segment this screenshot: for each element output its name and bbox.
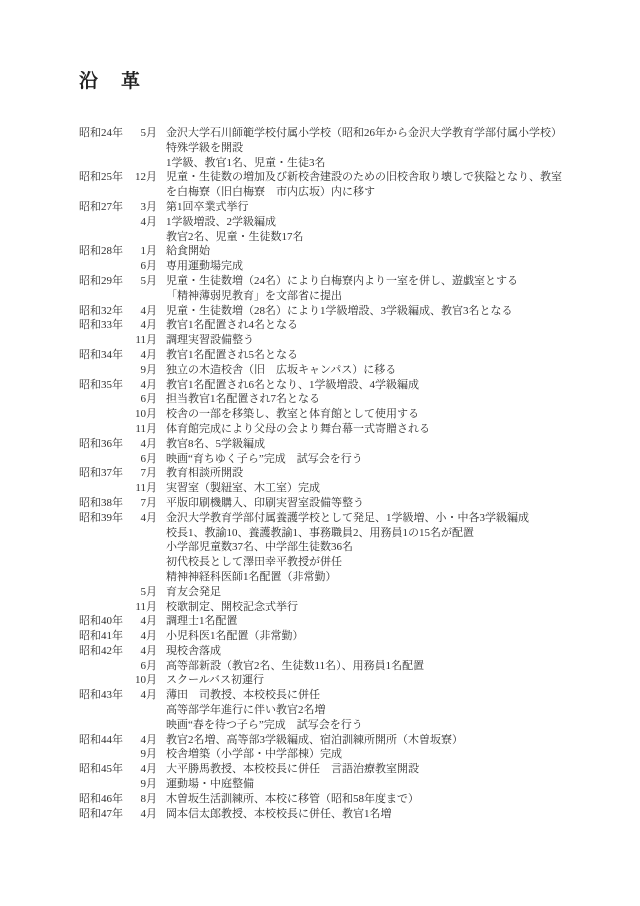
- entry-line: 運動場・中庭整備: [166, 777, 604, 792]
- history-entry: 昭和35年 4月 教官1名配置され6名となり、1学級増設、4学級編成: [79, 378, 604, 393]
- history-entry: 4月 1学級増設、2学級編成教官2名、児童・生徒数17名: [79, 215, 604, 245]
- entry-month: 10月: [129, 407, 157, 422]
- entry-lines: 岡本信太郎教授、本校校長に併任、教官1名増: [157, 807, 604, 822]
- history-entry: 昭和38年 7月 平版印刷機購入、印刷実習室設備等整う: [79, 496, 604, 511]
- entry-line: 特殊学級を開設: [166, 141, 604, 156]
- entry-line: 児童・生徒数の増加及び新校舎建設のための旧校舎取り壊しで狭隘となり、教室: [166, 170, 604, 185]
- entry-line: 岡本信太郎教授、本校校長に併任、教官1名増: [166, 807, 604, 822]
- entry-month: 11月: [129, 600, 157, 615]
- history-entry: 昭和44年 4月 教官2名増、高等部3学級編成、宿泊訓練所開所（木曽坂寮）: [79, 733, 604, 748]
- entry-lines: 木曽坂生活訓練所、本校に移管（昭和58年度まで）: [157, 792, 604, 807]
- entry-lines: 給食開始: [157, 244, 604, 259]
- history-entry: 昭和45年 4月 大平勝馬教授、本校校長に併任 言語治療教室開設: [79, 762, 604, 777]
- entry-month: 10月: [129, 673, 157, 688]
- history-list: 昭和24年 5月 金沢大学石川師範学校付属小学校（昭和26年から金沢大学教育学部…: [79, 126, 604, 821]
- history-entry: 11月 体育館完成により父母の会より舞台幕一式寄贈される: [79, 422, 604, 437]
- entry-lines: 映画“育ちゆく子ら”完成 試写会を行う: [157, 452, 604, 467]
- history-entry: 11月 調理実習設備整う: [79, 333, 604, 348]
- history-entry: 昭和28年 1月 給食開始: [79, 244, 604, 259]
- entry-month: 7月: [129, 496, 157, 511]
- entry-line: 高等部新設（教官2名、生徒数11名）、用務員1名配置: [166, 659, 604, 674]
- entry-lines: 調理士1名配置: [157, 614, 604, 629]
- entry-month: 5月: [129, 126, 157, 141]
- entry-line: 独立の木造校舎（旧 広坂キャンパス）に移る: [166, 363, 604, 378]
- entry-lines: 第1回卒業式挙行: [157, 200, 604, 215]
- history-entry: 昭和36年 4月 教官8名、5学級編成: [79, 437, 604, 452]
- entry-lines: 教官1名配置され6名となり、1学級増設、4学級編成: [157, 378, 604, 393]
- entry-year: 昭和27年: [79, 200, 129, 215]
- entry-year: 昭和44年: [79, 733, 129, 748]
- entry-line: 大平勝馬教授、本校校長に併任 言語治療教室開設: [166, 762, 604, 777]
- entry-year: 昭和38年: [79, 496, 129, 511]
- entry-lines: 独立の木造校舎（旧 広坂キャンパス）に移る: [157, 363, 604, 378]
- entry-month: 4月: [129, 378, 157, 393]
- entry-line: 校歌制定、開校記念式挙行: [166, 600, 604, 615]
- entry-year: 昭和45年: [79, 762, 129, 777]
- entry-line: スクールバス初運行: [166, 673, 604, 688]
- entry-line: 精神神経科医師1名配置（非常勤）: [166, 570, 604, 585]
- entry-month: 1月: [129, 244, 157, 259]
- entry-line: 教官2名、児童・生徒数17名: [166, 230, 604, 245]
- history-entry: 昭和33年 4月 教官1名配置され4名となる: [79, 318, 604, 333]
- history-entry: 9月 運動場・中庭整備: [79, 777, 604, 792]
- entry-year: 昭和36年: [79, 437, 129, 452]
- entry-lines: 現校舎落成: [157, 644, 604, 659]
- entry-line: 校舎増築（小学部・中学部棟）完成: [166, 747, 604, 762]
- entry-month: 6月: [129, 452, 157, 467]
- entry-line: 薄田 司教授、本校校長に併任: [166, 688, 604, 703]
- history-entry: 昭和42年 4月 現校舎落成: [79, 644, 604, 659]
- entry-line: 平版印刷機購入、印刷実習室設備等整う: [166, 496, 604, 511]
- entry-lines: 育友会発足: [157, 585, 604, 600]
- entry-year: 昭和40年: [79, 614, 129, 629]
- entry-line: 1学級増設、2学級編成: [166, 215, 604, 230]
- entry-year: 昭和42年: [79, 644, 129, 659]
- entry-year: 昭和29年: [79, 274, 129, 289]
- entry-lines: 担当教官1名配置され7名となる: [157, 392, 604, 407]
- entry-month: 11月: [129, 481, 157, 496]
- entry-month: 12月: [129, 170, 157, 185]
- entry-year: 昭和24年: [79, 126, 129, 141]
- entry-lines: 児童・生徒数増（24名）により白梅寮内より一室を併し、遊戯室とする「精神薄弱児教…: [157, 274, 604, 304]
- entry-line: 実習室（製紐室、木工室）完成: [166, 481, 604, 496]
- entry-month: 9月: [129, 363, 157, 378]
- entry-line: 初代校長として澤田幸平教授が併任: [166, 555, 604, 570]
- entry-year: 昭和46年: [79, 792, 129, 807]
- history-entry: 昭和29年 5月 児童・生徒数増（24名）により白梅寮内より一室を併し、遊戯室と…: [79, 274, 604, 304]
- entry-line: 金沢大学教育学部付属養護学校として発足、1学級増、小・中各3学級編成: [166, 511, 604, 526]
- history-entry: 9月 独立の木造校舎（旧 広坂キャンパス）に移る: [79, 363, 604, 378]
- entry-month: 4月: [129, 807, 157, 822]
- entry-month: 9月: [129, 777, 157, 792]
- entry-lines: 校舎増築（小学部・中学部棟）完成: [157, 747, 604, 762]
- entry-lines: 児童・生徒数増（28名）により1学級増設、3学級編成、教官3名となる: [157, 304, 604, 319]
- history-entry: 昭和32年 4月 児童・生徒数増（28名）により1学級増設、3学級編成、教官3名…: [79, 304, 604, 319]
- entry-line: を白梅寮（旧白梅寮 市内広坂）内に移す: [166, 185, 604, 200]
- entry-lines: 運動場・中庭整備: [157, 777, 604, 792]
- entry-month: 4月: [129, 762, 157, 777]
- entry-month: 4月: [129, 733, 157, 748]
- entry-year: 昭和47年: [79, 807, 129, 822]
- history-entry: 11月 実習室（製紐室、木工室）完成: [79, 481, 604, 496]
- entry-lines: 高等部新設（教官2名、生徒数11名）、用務員1名配置: [157, 659, 604, 674]
- history-entry: 昭和47年 4月 岡本信太郎教授、本校校長に併任、教官1名増: [79, 807, 604, 822]
- entry-line: 高等部学年進行に伴い教官2名増: [166, 703, 604, 718]
- history-entry: 昭和39年 4月 金沢大学教育学部付属養護学校として発足、1学級増、小・中各3学…: [79, 511, 604, 585]
- entry-month: 4月: [129, 348, 157, 363]
- entry-year: 昭和43年: [79, 688, 129, 703]
- entry-month: 3月: [129, 200, 157, 215]
- entry-month: 9月: [129, 747, 157, 762]
- entry-line: 専用運動場完成: [166, 259, 604, 274]
- entry-year: 昭和25年: [79, 170, 129, 185]
- history-entry: 昭和40年 4月 調理士1名配置: [79, 614, 604, 629]
- entry-month: 4月: [129, 644, 157, 659]
- entry-line: 校長1、教諭10、養護教諭1、事務職員2、用務員1の15名が配置: [166, 526, 604, 541]
- entry-line: 教官1名配置され5名となる: [166, 348, 604, 363]
- page-title: 沿 革: [79, 71, 604, 93]
- entry-year: 昭和35年: [79, 378, 129, 393]
- entry-line: 映画“春を待つ子ら”完成 試写会を行う: [166, 718, 604, 733]
- entry-line: 小児科医1名配置（非常勤）: [166, 629, 604, 644]
- history-entry: 9月 校舎増築（小学部・中学部棟）完成: [79, 747, 604, 762]
- entry-lines: 児童・生徒数の増加及び新校舎建設のための旧校舎取り壊しで狭隘となり、教室を白梅寮…: [157, 170, 604, 200]
- entry-lines: 金沢大学石川師範学校付属小学校（昭和26年から金沢大学教育学部付属小学校）特殊学…: [157, 126, 604, 170]
- entry-month: 4月: [129, 511, 157, 526]
- entry-line: 給食開始: [166, 244, 604, 259]
- entry-month: 11月: [129, 333, 157, 348]
- entry-month: 11月: [129, 422, 157, 437]
- entry-line: 体育館完成により父母の会より舞台幕一式寄贈される: [166, 422, 604, 437]
- entry-lines: 校舎の一部を移築し、教室と体育館として使用する: [157, 407, 604, 422]
- history-entry: 11月 校歌制定、開校記念式挙行: [79, 600, 604, 615]
- entry-lines: 教育相談所開設: [157, 466, 604, 481]
- entry-year: 昭和34年: [79, 348, 129, 363]
- entry-month: 4月: [129, 614, 157, 629]
- entry-lines: 教官1名配置され4名となる: [157, 318, 604, 333]
- entry-line: 校舎の一部を移築し、教室と体育館として使用する: [166, 407, 604, 422]
- entry-line: 児童・生徒数増（24名）により白梅寮内より一室を併し、遊戯室とする: [166, 274, 604, 289]
- document-page: 沿 革 昭和24年 5月 金沢大学石川師範学校付属小学校（昭和26年から金沢大学…: [0, 0, 640, 906]
- entry-lines: 金沢大学教育学部付属養護学校として発足、1学級増、小・中各3学級編成校長1、教諭…: [157, 511, 604, 585]
- entry-line: 現校舎落成: [166, 644, 604, 659]
- entry-year: 昭和32年: [79, 304, 129, 319]
- entry-line: 映画“育ちゆく子ら”完成 試写会を行う: [166, 452, 604, 467]
- entry-month: 8月: [129, 792, 157, 807]
- entry-lines: 1学級増設、2学級編成教官2名、児童・生徒数17名: [157, 215, 604, 245]
- entry-lines: 調理実習設備整う: [157, 333, 604, 348]
- entry-month: 4月: [129, 629, 157, 644]
- entry-lines: 教官1名配置され5名となる: [157, 348, 604, 363]
- history-entry: 6月 映画“育ちゆく子ら”完成 試写会を行う: [79, 452, 604, 467]
- entry-line: 調理士1名配置: [166, 614, 604, 629]
- entry-line: 教官2名増、高等部3学級編成、宿泊訓練所開所（木曽坂寮）: [166, 733, 604, 748]
- history-entry: 昭和27年 3月 第1回卒業式挙行: [79, 200, 604, 215]
- entry-line: 担当教官1名配置され7名となる: [166, 392, 604, 407]
- entry-lines: 教官2名増、高等部3学級編成、宿泊訓練所開所（木曽坂寮）: [157, 733, 604, 748]
- entry-year: 昭和33年: [79, 318, 129, 333]
- entry-line: 教官1名配置され4名となる: [166, 318, 604, 333]
- entry-month: 4月: [129, 215, 157, 230]
- entry-lines: 実習室（製紐室、木工室）完成: [157, 481, 604, 496]
- entry-month: 6月: [129, 659, 157, 674]
- entry-line: 1学級、教官1名、児童・生徒3名: [166, 156, 604, 171]
- history-entry: 6月 担当教官1名配置され7名となる: [79, 392, 604, 407]
- history-entry: 昭和46年 8月 木曽坂生活訓練所、本校に移管（昭和58年度まで）: [79, 792, 604, 807]
- entry-month: 6月: [129, 259, 157, 274]
- entry-month: 4月: [129, 688, 157, 703]
- entry-year: 昭和39年: [79, 511, 129, 526]
- history-entry: 昭和41年 4月 小児科医1名配置（非常勤）: [79, 629, 604, 644]
- history-entry: 昭和37年 7月 教育相談所開設: [79, 466, 604, 481]
- entry-line: 小学部児童数37名、中学部生徒数36名: [166, 540, 604, 555]
- entry-lines: 専用運動場完成: [157, 259, 604, 274]
- entry-line: 第1回卒業式挙行: [166, 200, 604, 215]
- entry-lines: 大平勝馬教授、本校校長に併任 言語治療教室開設: [157, 762, 604, 777]
- entry-month: 4月: [129, 304, 157, 319]
- entry-month: 5月: [129, 585, 157, 600]
- entry-line: 育友会発足: [166, 585, 604, 600]
- history-entry: 昭和43年 4月 薄田 司教授、本校校長に併任高等部学年進行に伴い教官2名増映画…: [79, 688, 604, 732]
- entry-lines: 校歌制定、開校記念式挙行: [157, 600, 604, 615]
- entry-line: 「精神薄弱児教育」を文部省に提出: [166, 289, 604, 304]
- history-entry: 昭和24年 5月 金沢大学石川師範学校付属小学校（昭和26年から金沢大学教育学部…: [79, 126, 604, 170]
- entry-year: 昭和28年: [79, 244, 129, 259]
- entry-month: 4月: [129, 437, 157, 452]
- entry-month: 4月: [129, 318, 157, 333]
- history-entry: 6月 専用運動場完成: [79, 259, 604, 274]
- entry-month: 6月: [129, 392, 157, 407]
- history-entry: 6月 高等部新設（教官2名、生徒数11名）、用務員1名配置: [79, 659, 604, 674]
- entry-line: 教官1名配置され6名となり、1学級増設、4学級編成: [166, 378, 604, 393]
- entry-lines: 体育館完成により父母の会より舞台幕一式寄贈される: [157, 422, 604, 437]
- history-entry: 10月 スクールバス初運行: [79, 673, 604, 688]
- entry-month: 7月: [129, 466, 157, 481]
- entry-line: 教育相談所開設: [166, 466, 604, 481]
- entry-lines: 薄田 司教授、本校校長に併任高等部学年進行に伴い教官2名増映画“春を待つ子ら”完…: [157, 688, 604, 732]
- history-entry: 昭和34年 4月 教官1名配置され5名となる: [79, 348, 604, 363]
- entry-year: 昭和41年: [79, 629, 129, 644]
- entry-line: 児童・生徒数増（28名）により1学級増設、3学級編成、教官3名となる: [166, 304, 604, 319]
- entry-month: 5月: [129, 274, 157, 289]
- entry-year: 昭和37年: [79, 466, 129, 481]
- entry-line: 木曽坂生活訓練所、本校に移管（昭和58年度まで）: [166, 792, 604, 807]
- entry-line: 教官8名、5学級編成: [166, 437, 604, 452]
- history-entry: 5月 育友会発足: [79, 585, 604, 600]
- entry-lines: 平版印刷機購入、印刷実習室設備等整う: [157, 496, 604, 511]
- entry-line: 金沢大学石川師範学校付属小学校（昭和26年から金沢大学教育学部付属小学校）: [166, 126, 604, 141]
- history-entry: 昭和25年 12月 児童・生徒数の増加及び新校舎建設のための旧校舎取り壊しで狭隘…: [79, 170, 604, 200]
- history-entry: 10月 校舎の一部を移築し、教室と体育館として使用する: [79, 407, 604, 422]
- entry-lines: 小児科医1名配置（非常勤）: [157, 629, 604, 644]
- entry-lines: 教官8名、5学級編成: [157, 437, 604, 452]
- entry-line: 調理実習設備整う: [166, 333, 604, 348]
- entry-lines: スクールバス初運行: [157, 673, 604, 688]
